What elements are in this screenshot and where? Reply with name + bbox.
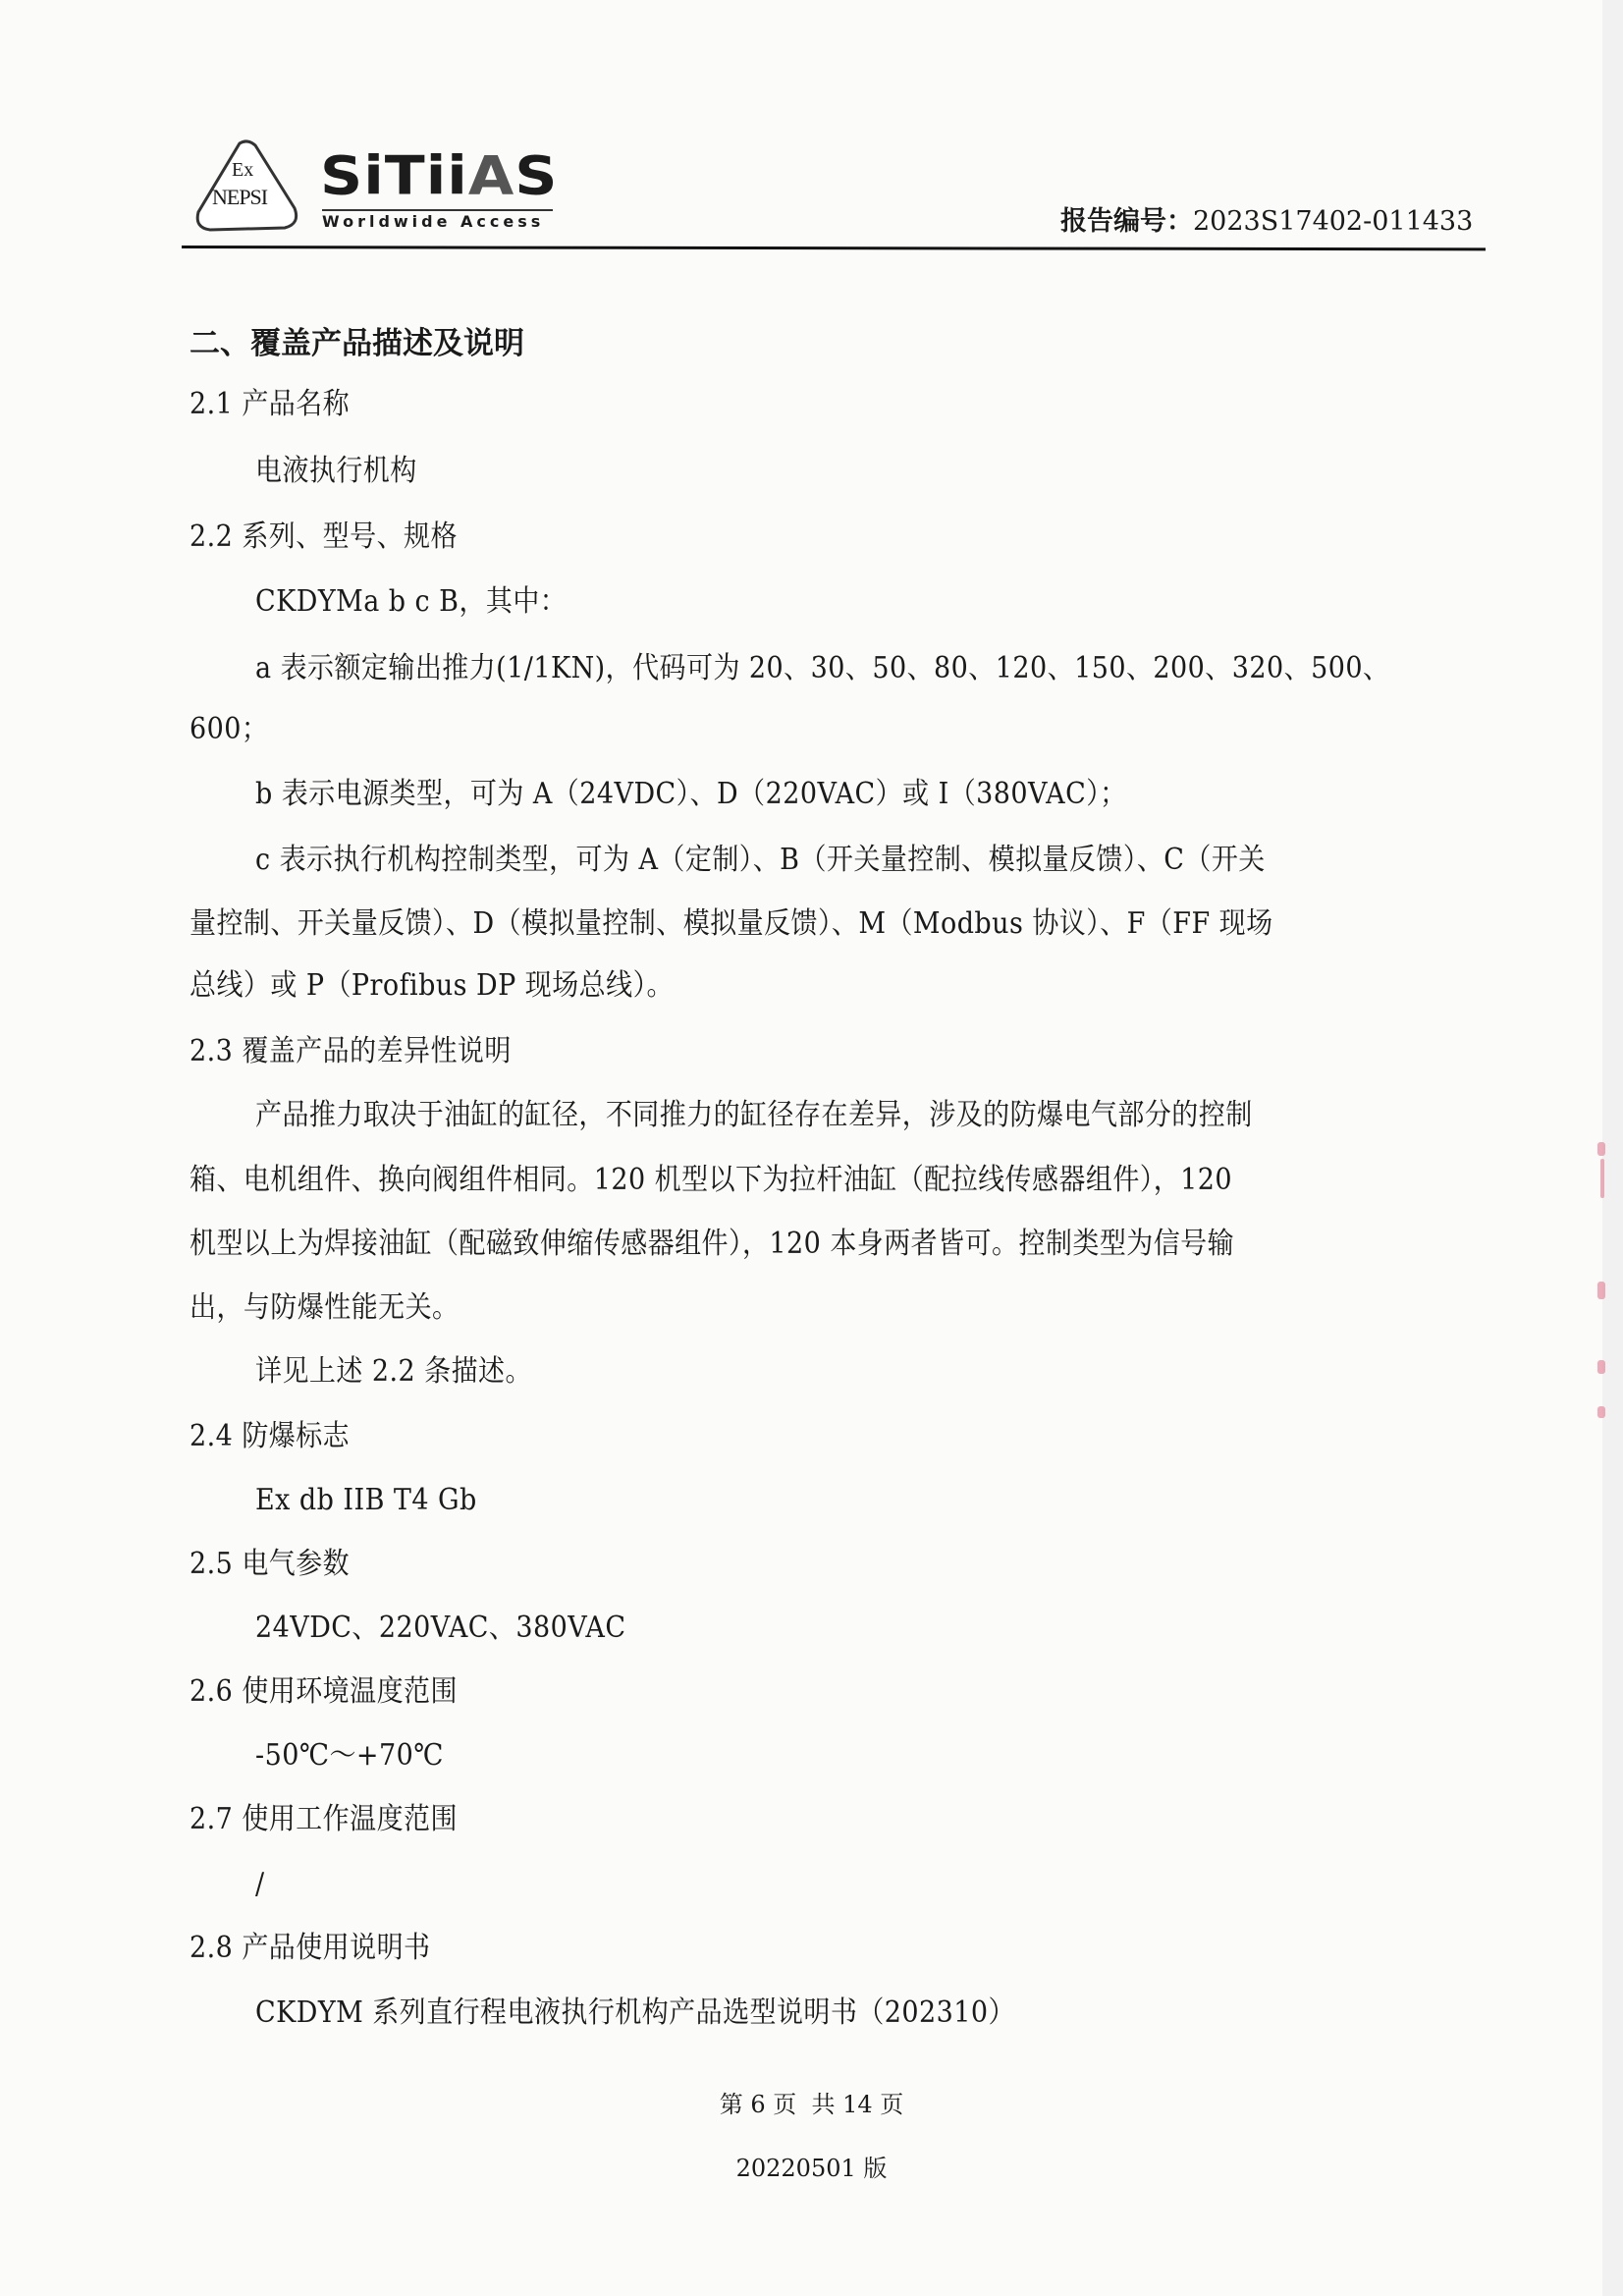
item-body: b 表示电源类型，可为 A（24VDC）、D（220VAC）或 I（380VAC… (255, 775, 1127, 814)
item-heading-2-5: 2.5 电气参数 (189, 1545, 350, 1584)
working-temperature-range: / (255, 1865, 265, 1904)
report-number: 报告编号：2023S17402-011433 (1060, 199, 1473, 238)
logo-nepsi-text: NEPSI (212, 185, 267, 210)
template-version: 20220501 版 (0, 2154, 1623, 2183)
seal-mark (1597, 1282, 1605, 1299)
item-body: 出，与防爆性能无关。 (189, 1288, 460, 1328)
brand-divider (322, 209, 553, 211)
report-number-label: 报告编号： (1060, 206, 1193, 237)
brand-tagline: Worldwide Access (322, 212, 544, 231)
seal-mark (1597, 1406, 1605, 1418)
item-body: 箱、电机组件、换向阀组件相同。120 机型以下为拉杆油缸（配拉线传感器组件），1… (189, 1161, 1232, 1200)
item-heading-2-3: 2.3 覆盖产品的差异性说明 (189, 1032, 512, 1071)
item-body: a 表示额定输出推力(1/1KN)，代码可为 20、30、50、80、120、1… (255, 649, 1389, 688)
scan-page-edge (1602, 0, 1623, 2296)
brand-logo: SiTiiAS Worldwide Access (320, 147, 561, 236)
nepsi-logo: Ex NEPSI (194, 139, 300, 234)
item-body: 总线）或 P（Profibus DP 现场总线）。 (189, 966, 674, 1006)
item-body: 详见上述 2.2 条描述。 (255, 1352, 532, 1392)
item-body: CKDYMa b c B，其中： (255, 582, 567, 622)
section-title: 二、覆盖产品描述及说明 (189, 324, 524, 363)
brand-name: SiTiiAS (320, 147, 559, 205)
item-heading-2-4: 2.4 防爆标志 (189, 1417, 350, 1456)
seal-mark (1600, 1159, 1604, 1198)
page-number: 第 6 页 共 14 页 (0, 2090, 1623, 2119)
ambient-temperature-range: -50℃～+70℃ (255, 1736, 444, 1776)
item-body: c 表示执行机构控制类型，可为 A（定制）、B（开关量控制、模拟量反馈）、C（开… (255, 841, 1266, 880)
product-manual-name: CKDYM 系列直行程电液执行机构产品选型说明书（202310） (255, 1994, 1015, 2033)
explosion-proof-mark: Ex db IIB T4 Gb (255, 1481, 477, 1520)
item-heading-2-7: 2.7 使用工作温度范围 (189, 1800, 458, 1839)
seal-mark (1597, 1360, 1605, 1374)
item-heading-2-2: 2.2 系列、型号、规格 (189, 518, 458, 557)
item-heading-2-1: 2.1 产品名称 (189, 385, 350, 424)
item-heading-2-6: 2.6 使用环境温度范围 (189, 1672, 458, 1712)
brand-name-accent: A (468, 145, 514, 207)
header-divider (182, 246, 1486, 250)
seal-mark (1597, 1142, 1605, 1156)
brand-name-main: SiTii (320, 145, 468, 207)
item-heading-2-8: 2.8 产品使用说明书 (189, 1929, 430, 1968)
item-body: 产品推力取决于油缸的缸径，不同推力的缸径存在差异，涉及的防爆电气部分的控制 (255, 1096, 1253, 1135)
report-number-value: 2023S17402-011433 (1193, 206, 1473, 237)
item-body: 机型以上为焊接油缸（配磁致伸缩传感器组件），120 本身两者皆可。控制类型为信号… (189, 1225, 1234, 1264)
item-body: 600； (189, 710, 268, 749)
electrical-parameters: 24VDC、220VAC、380VAC (255, 1609, 625, 1648)
item-body: 电液执行机构 (255, 452, 417, 491)
logo-ex-text: Ex (232, 159, 253, 182)
item-body: 量控制、开关量反馈）、D（模拟量控制、模拟量反馈）、M（Modbus 协议）、F… (189, 904, 1273, 944)
brand-name-end: S (514, 145, 558, 207)
